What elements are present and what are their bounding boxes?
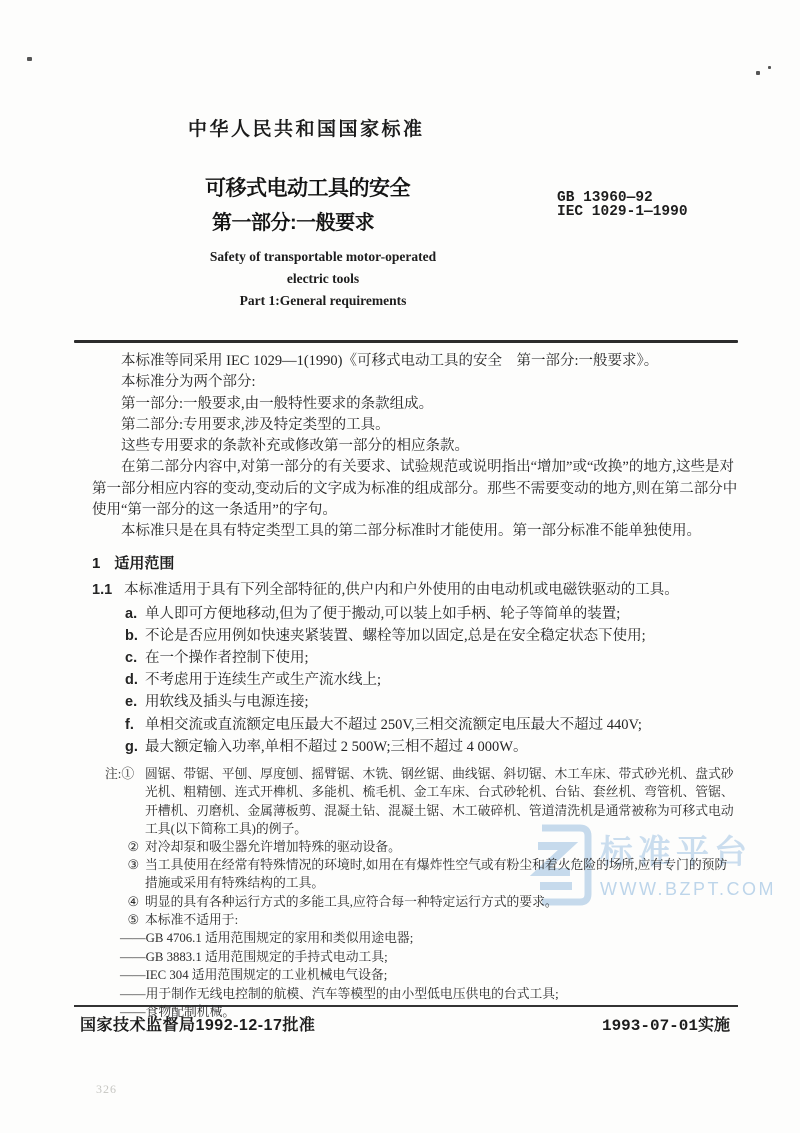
list-item-text: 单相交流或直流额定电压最大不超过 250V,三相交流额定电压最大不超过 440V… (145, 714, 738, 736)
list-item-text: 最大额定输入功率,单相不超过 2 500W;三相不超过 4 000W。 (145, 736, 738, 758)
page-number: 326 (96, 1082, 117, 1097)
foreword-paragraph: 在第二部分内容中,对第一部分的有关要求、试验规范或说明指出“增加”或“改换”的地… (92, 457, 738, 521)
document-body: 本标准等同采用 IEC 1029—1(1990)《可移式电动工具的安全 第一部分… (92, 351, 738, 1022)
note-mark: 注:① (105, 765, 145, 838)
note-item: ③ 当工具使用在经常有特殊情况的环境时,如用在有爆炸性空气或有粉尘和着火危险的场… (92, 856, 738, 892)
list-item: c. 在一个操作者控制下使用; (92, 647, 738, 669)
list-item-text: 不论是否应用例如快速夹紧装置、螺栓等加以固定,总是在安全稳定状态下使用; (145, 625, 738, 647)
note-item: ② 对冷却泵和吸尘器允许增加特殊的驱动设备。 (92, 838, 738, 856)
note-text: 明显的具有各种运行方式的多能工具,应符合每一种特定运行方式的要求。 (145, 893, 738, 911)
list-item: d. 不考虑用于连续生产或生产流水线上; (92, 669, 738, 691)
english-title-line1: Safety of transportable motor-operated (92, 246, 554, 268)
list-item-label: b. (125, 625, 145, 647)
foreword-paragraph: 这些专用要求的条款补充或修改第一部分的相应条款。 (92, 436, 738, 457)
list-item-text: 在一个操作者控制下使用; (145, 647, 738, 669)
exclusion-item: ——用于制作无线电控制的航模、汽车等模型的由小型低电压供电的台式工具; (120, 985, 738, 1004)
list-item-text: 单人即可方便地移动,但为了便于搬动,可以装上如手柄、轮子等简单的装置; (145, 603, 738, 625)
note-mark: ④ (105, 893, 145, 911)
list-item-label: f. (125, 714, 145, 736)
english-title-line3: Part 1:General requirements (92, 290, 554, 312)
foreword-paragraph: 本标准分为两个部分: (92, 372, 738, 393)
note-mark: ② (105, 838, 145, 856)
foreword-paragraph: 本标准只是在具有特定类型工具的第二部分标准时才能使用。第一部分标准不能单独使用。 (92, 521, 738, 542)
foreword-paragraph: 第一部分:一般要求,由一般特性要求的条款组成。 (92, 394, 738, 415)
clause-1-1: 1.1本标准适用于具有下列全部特征的,供户内和户外使用的由电动机或电磁铁驱动的工… (92, 579, 738, 601)
list-item: g. 最大额定输入功率,单相不超过 2 500W;三相不超过 4 000W。 (92, 736, 738, 758)
section-title: 适用范围 (114, 555, 174, 572)
note-item: ⑤ 本标准不适用于: (92, 911, 738, 929)
scan-speck (768, 66, 771, 69)
list-item: e. 用软线及插头与电源连接; (92, 691, 738, 713)
list-item-label: g. (125, 736, 145, 758)
standard-number-iec: IEC 1029-1—1990 (557, 205, 688, 219)
section-heading: 1适用范围 (92, 553, 738, 575)
note-text: 当工具使用在经常有特殊情况的环境时,如用在有爆炸性空气或有粉尘和着火危险的场所,… (145, 856, 738, 892)
note-text: 本标准不适用于: (145, 911, 738, 929)
list-item: f. 单相交流或直流额定电压最大不超过 250V,三相交流额定电压最大不超过 4… (92, 714, 738, 736)
note-text: 圆锯、带锯、平刨、厚度刨、摇臂锯、木铣、钢丝锯、曲线锯、斜切锯、木工车床、带式砂… (145, 765, 738, 838)
list-item-label: c. (125, 647, 145, 669)
note-text: 对冷却泵和吸尘器允许增加特殊的驱动设备。 (145, 838, 738, 856)
list-item-label: d. (125, 669, 145, 691)
standard-title-line1: 可移式电动工具的安全 (205, 172, 410, 202)
note-item: 注:① 圆锯、带锯、平刨、厚度刨、摇臂锯、木铣、钢丝锯、曲线锯、斜切锯、木工车床… (92, 765, 738, 838)
list-item: a. 单人即可方便地移动,但为了便于搬动,可以装上如手柄、轮子等简单的装置; (92, 603, 738, 625)
standard-title-line2: 第一部分:一般要求 (212, 206, 374, 235)
header-rule (74, 340, 738, 343)
note-item: ④ 明显的具有各种运行方式的多能工具,应符合每一种特定运行方式的要求。 (92, 893, 738, 911)
foreword-paragraph: 本标准等同采用 IEC 1029—1(1990)《可移式电动工具的安全 第一部分… (92, 351, 738, 372)
list-item-text: 用软线及插头与电源连接; (145, 691, 738, 713)
scan-speck (756, 71, 760, 75)
note-mark: ⑤ (105, 911, 145, 929)
exclusion-item: ——GB 4706.1 适用范围规定的家用和类似用途电器; (120, 929, 738, 948)
list-item-label: a. (125, 603, 145, 625)
foreword-paragraph: 第二部分:专用要求,涉及特定类型的工具。 (92, 415, 738, 436)
scan-speck (27, 57, 32, 61)
english-title-block: Safety of transportable motor-operated e… (92, 246, 554, 312)
notes-block: 注:① 圆锯、带锯、平刨、厚度刨、摇臂锯、木铣、钢丝锯、曲线锯、斜切锯、木工车床… (92, 765, 738, 1022)
note-mark: ③ (105, 856, 145, 892)
clause-text: 本标准适用于具有下列全部特征的,供户内和户外使用的由电动机或电磁铁驱动的工具。 (124, 582, 679, 598)
list-item-text: 不考虑用于连续生产或生产流水线上; (145, 669, 738, 691)
clause-number: 1.1 (92, 582, 112, 598)
section-number: 1 (92, 555, 100, 572)
feature-list: a. 单人即可方便地移动,但为了便于搬动,可以装上如手柄、轮子等简单的装置; b… (92, 603, 738, 758)
standard-number-gb: GB 13960—92 (557, 191, 688, 205)
standard-number-block: GB 13960—92 IEC 1029-1—1990 (557, 191, 688, 219)
exclusion-list: ——GB 4706.1 适用范围规定的家用和类似用途电器; ——GB 3883.… (92, 929, 738, 1022)
exclusion-item: ——食物配制机械。 (120, 1003, 738, 1022)
standard-authority-title: 中华人民共和国国家标准 (188, 114, 425, 141)
exclusion-item: ——IEC 304 适用范围规定的工业机械电气设备; (120, 966, 738, 985)
list-item-label: e. (125, 691, 145, 713)
exclusion-item: ——GB 3883.1 适用范围规定的手持式电动工具; (120, 948, 738, 967)
list-item: b. 不论是否应用例如快速夹紧装置、螺栓等加以固定,总是在安全稳定状态下使用; (92, 625, 738, 647)
english-title-line2: electric tools (92, 268, 554, 290)
document-page: 标准平台 WWW.BZPT.COM 中华人民共和国国家标准 可移式电动工具的安全… (0, 0, 800, 1133)
